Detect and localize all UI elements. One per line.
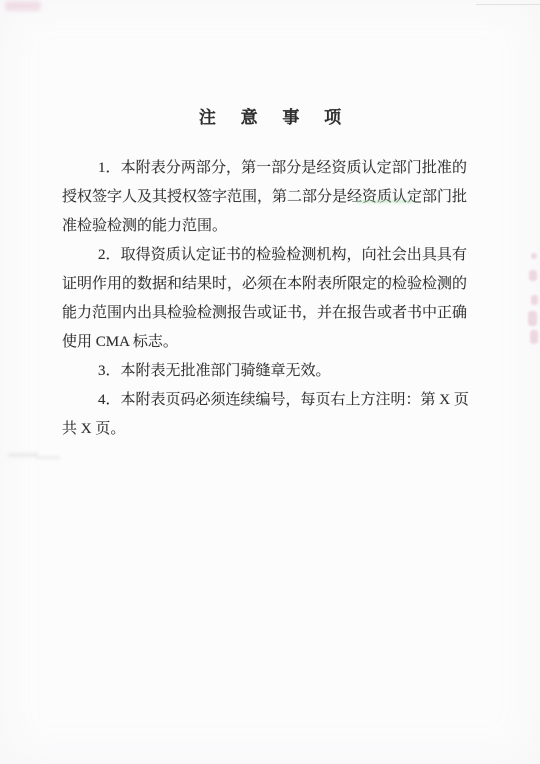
scan-artifact-pink-mark [528,311,537,326]
scan-artifact-pink-smudge [5,1,41,11]
scan-artifact-pink-mark [530,330,538,344]
text-line: 授权签字人及其授权签字范围，第二部分是经资质认定部门批 [62,183,467,212]
scan-artifact-pink-mark [531,253,537,259]
notice-body: 1．本附表分两部分，第一部分是经资质认定部门批准的授权签字人及其授权签字范围，第… [62,154,467,444]
text-line: 2．取得资质认定证书的检验检测机构，向社会出具具有 [62,241,467,270]
text-line: 4．本附表页码必须连续编号，每页右上方注明：第 X 页 [62,386,467,415]
scan-artifact-gray-smudge [36,456,60,459]
text-line: 1．本附表分两部分，第一部分是经资质认定部门批准的 [62,154,467,183]
scan-artifact-gray-smudge [8,453,38,457]
text-line: 证明作用的数据和结果时，必须在本附表所限定的检验检测的 [62,270,467,299]
scan-artifact-topline [476,4,540,5]
text-line: 3．本附表无批准部门骑缝章无效。 [62,357,467,386]
scan-artifact-pink-mark [529,270,537,281]
text-line: 能力范围内出具检验检测报告或证书，并在报告或者书中正确 [62,299,467,328]
scanned-document-page: 注 意 事 项 1．本附表分两部分，第一部分是经资质认定部门批准的授权签字人及其… [0,0,540,764]
scan-artifact-pink-mark [531,295,538,305]
text-line: 使用 CMA 标志。 [62,328,467,357]
text-line: 准检验检测的能力范围。 [62,212,467,241]
text-line: 共 X 页。 [62,415,467,444]
page-title: 注 意 事 项 [0,103,540,128]
